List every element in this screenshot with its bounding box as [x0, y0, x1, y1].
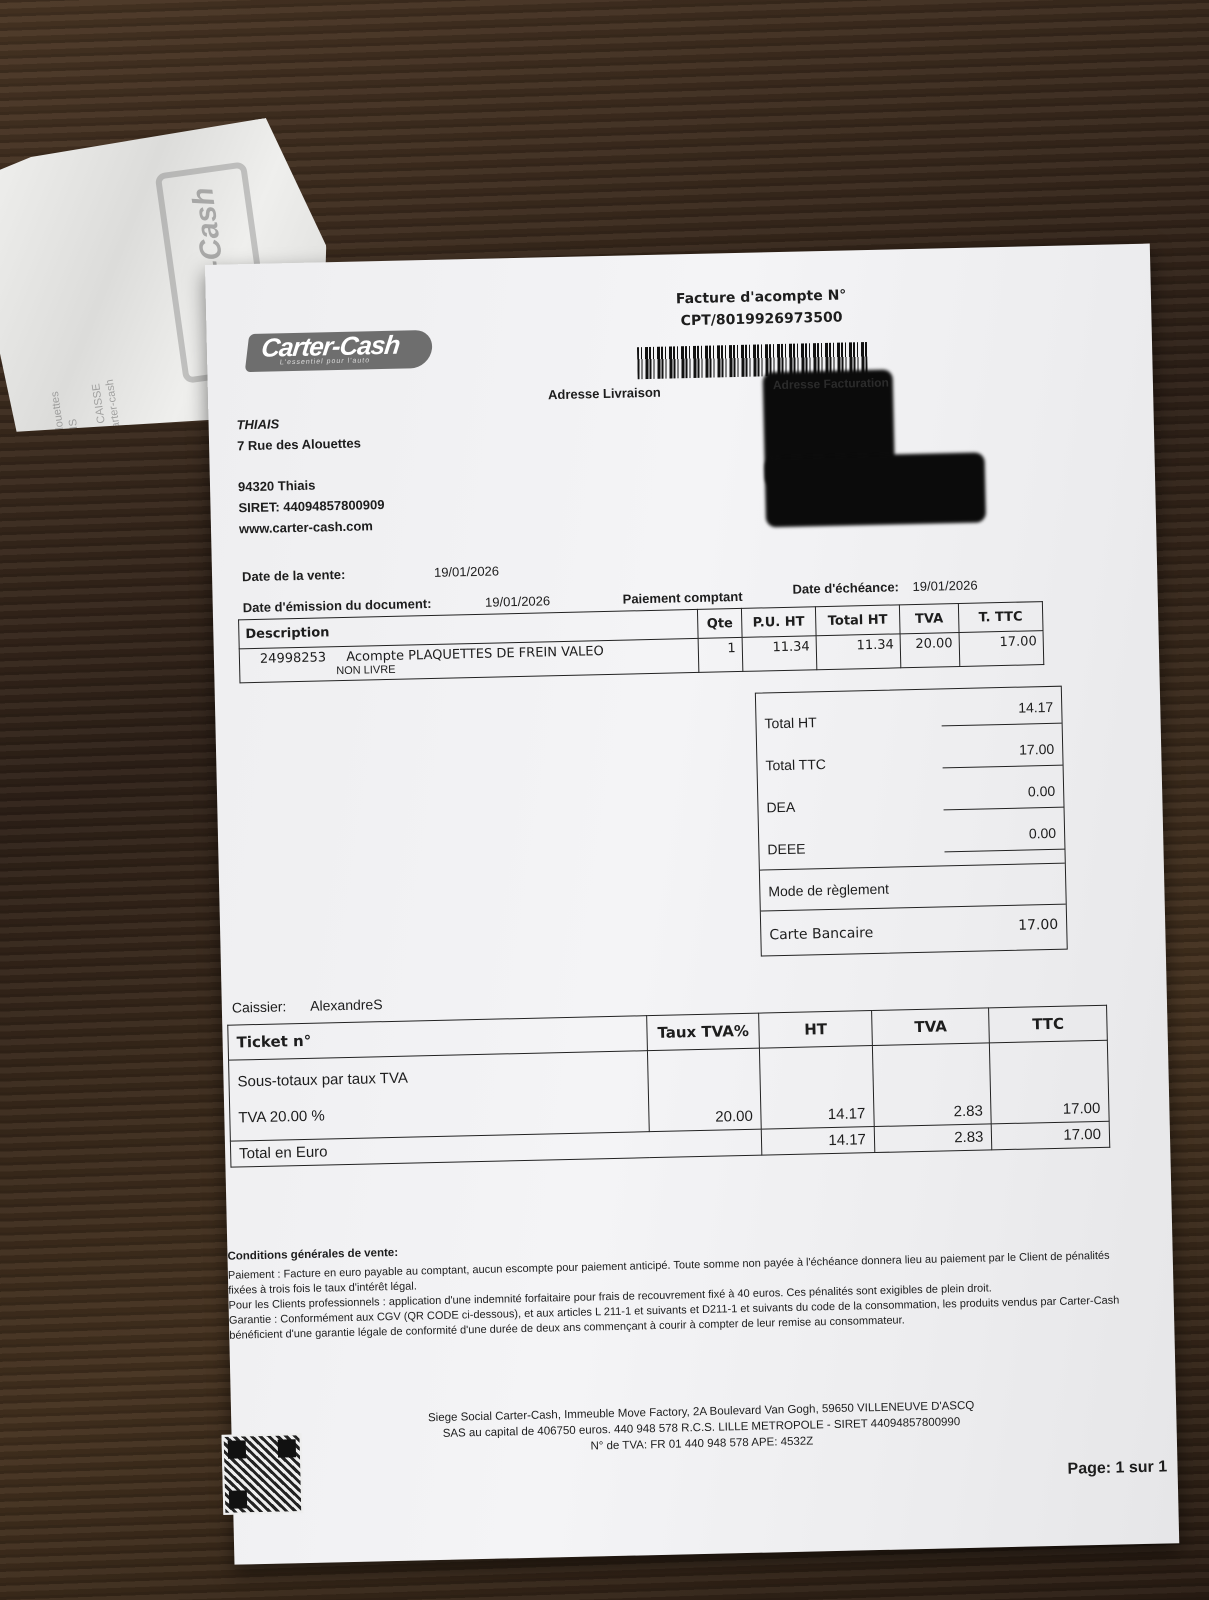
terms-of-sale: Conditions générales de vente: Paiement … — [227, 1229, 1139, 1344]
payment-mode-label: Mode de règlement — [768, 881, 889, 900]
qr-code-icon[interactable] — [222, 1433, 304, 1515]
col-ttc: TTC — [989, 1005, 1107, 1043]
invoice-number: CPT/8019926973500 — [676, 306, 847, 332]
items-table: Description Qte P.U. HT Total HT TVA T. … — [238, 601, 1044, 683]
store-website: www.carter-cash.com — [239, 515, 385, 539]
item-total-ht: 11.34 — [816, 634, 901, 670]
rate-ht: 14.17 — [760, 1046, 874, 1130]
invoice-sheet: Carter-Cash L'essentiel pour l'auto Fact… — [205, 244, 1179, 1565]
issue-date-label: Date d'émission du document: — [243, 596, 432, 615]
item-ref: 24998253 — [260, 650, 326, 666]
col-total-ht: Total HT — [815, 605, 900, 636]
col-tva: TVA — [899, 603, 958, 633]
col-unit-ht: P.U. HT — [741, 607, 816, 638]
total-euro-ttc: 17.00 — [992, 1121, 1110, 1150]
payment-amount: 17.00 — [1018, 917, 1058, 934]
total-ttc-label: Total TTC — [765, 756, 826, 773]
col-vat: TVA — [871, 1008, 989, 1046]
deee-row: DEEE 0.00 — [759, 813, 1065, 862]
sale-date-label: Date de la vente: — [242, 567, 346, 584]
issue-date-value: 19/01/2026 — [485, 593, 550, 609]
item-tva: 20.00 — [900, 632, 960, 667]
col-ht: HT — [759, 1011, 872, 1049]
item-ttc: 17.00 — [959, 631, 1044, 667]
payment-method-row: Carte Bancaire 17.00 — [761, 904, 1067, 956]
logo-tagline: L'essentiel pour l'auto — [279, 357, 370, 366]
invoice-title-block: Facture d'acompte N° CPT/8019926973500 — [676, 284, 847, 332]
rate-ttc: 17.00 — [990, 1040, 1109, 1124]
total-ht-row: Total HT 14.17 — [756, 687, 1062, 736]
vat-rate-labels: Sous-totaux par taux TVA TVA 20.00 % — [229, 1051, 650, 1141]
billing-email-redaction — [765, 452, 987, 527]
payment-mode-header: Mode de règlement — [760, 863, 1066, 911]
total-euro-tva: 2.83 — [874, 1124, 992, 1153]
sale-date-value: 19/01/2026 — [434, 563, 499, 579]
total-ht-value: 14.17 — [1018, 699, 1053, 716]
item-unit-ht: 11.34 — [742, 636, 817, 672]
billing-address-label: Adresse Facturation — [773, 376, 889, 393]
total-euro-ht: 14.17 — [762, 1127, 875, 1156]
store-address: THIAIS 7 Rue des Alouettes 94320 Thiais … — [236, 411, 385, 539]
vat-summary-table: Ticket n° Taux TVA% HT TVA TTC Sous-tota… — [227, 1005, 1110, 1168]
delivery-address-label: Adresse Livraison — [548, 385, 661, 403]
page-number: Page: 1 sur 1 — [1067, 1458, 1167, 1478]
deee-label: DEEE — [767, 841, 805, 858]
total-ttc-value: 17.00 — [1019, 741, 1054, 758]
payment-method: Carte Bancaire — [769, 925, 873, 943]
company-footer: Siege Social Carter-Cash, Immeuble Move … — [391, 1397, 1012, 1459]
cashier-name: AlexandreS — [310, 996, 383, 1014]
col-ttc: T. TTC — [958, 602, 1043, 633]
rate-value: 20.00 — [647, 1048, 761, 1132]
payment-terms: Paiement comptant — [623, 589, 743, 607]
total-ttc-row: Total TTC 17.00 — [757, 729, 1063, 778]
dea-label: DEA — [766, 799, 795, 816]
due-date-value: 19/01/2026 — [912, 578, 977, 594]
totals-box: Total HT 14.17 Total TTC 17.00 DEA 0.00 … — [755, 686, 1068, 957]
cashier-label: Caissier: — [232, 998, 287, 1015]
dea-value: 0.00 — [1028, 783, 1056, 800]
due-date-label: Date d'échéance: — [792, 579, 899, 596]
carter-cash-logo: Carter-Cash L'essentiel pour l'auto — [245, 330, 434, 372]
due-date: Date d'échéance: 19/01/2026 — [792, 578, 977, 597]
sale-date: Date de la vente: 19/01/2026 — [242, 563, 499, 584]
issue-date: Date d'émission du document: 19/01/2026 — [243, 593, 551, 615]
col-rate: Taux TVA% — [647, 1013, 760, 1051]
col-qty: Qte — [698, 608, 742, 638]
receipt-faint-text: THIAIS 7 Rue des Alouettes 94320 THIAIS … — [12, 223, 131, 492]
deee-value: 0.00 — [1029, 825, 1057, 842]
dea-row: DEA 0.00 — [758, 771, 1064, 820]
rate-label: TVA 20.00 % — [238, 1091, 641, 1136]
item-qty: 1 — [698, 637, 742, 672]
cashier: Caissier: AlexandreS — [232, 996, 383, 1015]
total-ht-label: Total HT — [764, 714, 816, 731]
rate-tva: 2.83 — [872, 1043, 991, 1127]
